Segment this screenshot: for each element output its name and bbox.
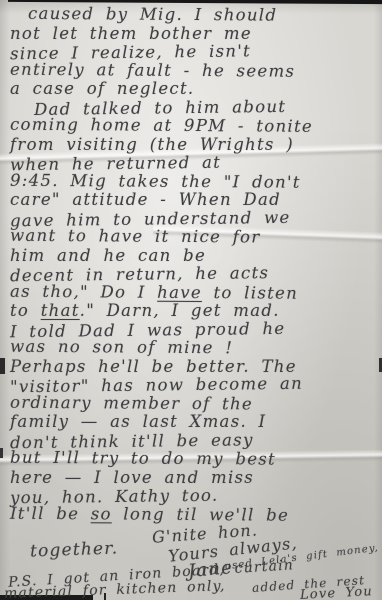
handwritten-line: entirely at fault - he seems: [10, 60, 380, 81]
line-segment: as tho," Do I: [10, 281, 157, 301]
line-segment: ." Darn, I get mad.: [80, 301, 280, 320]
handwritten-line: a case of neglect.: [10, 80, 380, 99]
handwritten-line: coming home at 9PM - tonite: [10, 116, 380, 137]
letter-page: caused by Mig. I should not let them bot…: [0, 0, 382, 600]
letter-body: caused by Mig. I should not let them bot…: [10, 6, 380, 524]
handwritten-line: ordinary member of the: [10, 393, 380, 414]
handwritten-line: not let them bother me: [10, 25, 380, 44]
closing-together: together.: [30, 538, 119, 561]
underlined-word: that: [41, 301, 80, 320]
line-segment: to listen: [202, 283, 298, 303]
line-segment: It'll be: [10, 503, 91, 523]
line-segment: long til we'll be: [112, 504, 289, 524]
handwritten-line: as tho," Do I have to listen: [10, 282, 380, 303]
handwritten-line: but I'll try to do my best: [10, 449, 380, 470]
handwritten-line: want to have it nice for: [10, 227, 380, 248]
handwritten-line: to that." Darn, I get mad.: [10, 302, 380, 321]
handwritten-line: 9:45. Mig takes the "I don't: [10, 171, 380, 192]
handwritten-line: Perhaps he'll be better. The: [10, 358, 380, 377]
edge-mark: [0, 448, 3, 458]
handwritten-line: from visiting (the Wrights ): [10, 136, 380, 155]
handwritten-line: It'll be so long til we'll be: [10, 504, 380, 525]
underlined-word: have: [157, 282, 202, 301]
underlined-word: so: [91, 504, 112, 523]
handwritten-line: family — as last Xmas. I: [10, 413, 380, 432]
handwritten-line: caused by Mig. I should: [10, 5, 380, 26]
line-segment: to: [10, 301, 41, 320]
handwritten-line: care" attitude - When Dad: [10, 191, 380, 210]
handwritten-line: here — I love and miss: [10, 469, 380, 488]
handwritten-line: him and he can be: [10, 247, 380, 266]
closing-love-you: Love You: [300, 584, 374, 600]
handwritten-line: was no son of mine !: [10, 338, 380, 359]
edge-mark: [0, 358, 5, 374]
